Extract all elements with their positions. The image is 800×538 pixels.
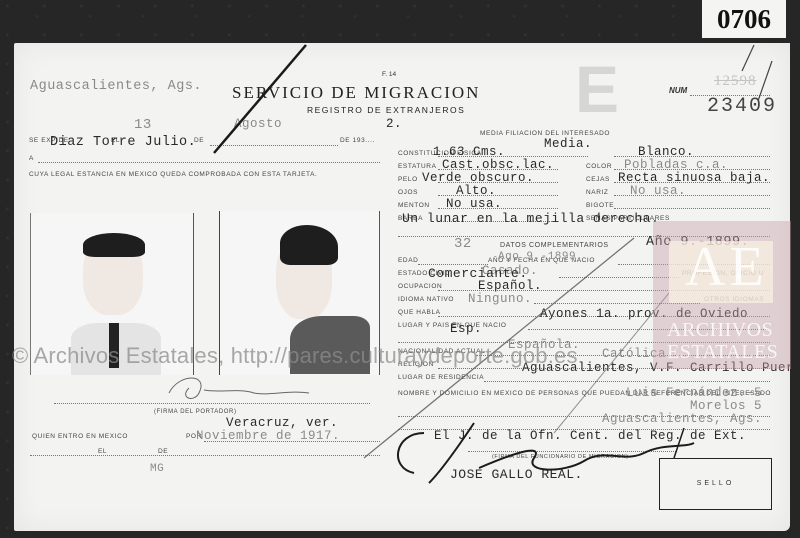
stamp-letter: E <box>575 51 619 127</box>
issue-day: 13 <box>134 117 152 133</box>
ano-fecha-value: Ago 9.-1899. <box>498 251 583 263</box>
dotted-line <box>54 403 370 404</box>
color-value: Blanco. <box>638 145 694 159</box>
sello-box: SELLO <box>659 458 772 510</box>
label-a: A <box>29 155 34 162</box>
archive-reference-number: 0706 <box>702 0 786 38</box>
nariz-value: Recta sinuosa baja. <box>618 171 770 185</box>
firma-funcionario-label: (FIRMA DEL FUNCIONARIO DE MIGRACION) <box>492 454 629 460</box>
label-nariz: NARIZ <box>586 189 609 196</box>
menton-value: Alto. <box>456 184 496 198</box>
archivos-estatales-logo: AE ARCHIVOS ESTATALES <box>653 221 791 369</box>
label-religion: RELIGION <box>398 361 434 368</box>
logo-initials: AE <box>685 235 768 299</box>
holder-name: Diaz Torre Julio. <box>50 135 196 150</box>
label-color: COLOR <box>586 163 612 170</box>
label-entry-de: DE <box>156 448 170 455</box>
label-edad: EDAD <box>398 257 418 264</box>
legal-text: CUYA LEGAL ESTANCIA EN MEXICO QUEDA COMP… <box>29 168 384 182</box>
label-de193: DE 193.... <box>340 137 375 144</box>
nacionalidad-value: Española. <box>508 338 580 352</box>
label-entry-el: EL <box>96 448 109 455</box>
label-residencia: LUGAR DE RESIDENCIA <box>398 374 484 381</box>
firma-portador-label: (FIRMA DEL PORTADOR) <box>154 409 237 415</box>
card-subtitle: REGISTRO DE EXTRANJEROS <box>307 105 465 115</box>
referencias-value: Luis Fernández.-5 Morelos 5 Aguascalient… <box>562 387 762 426</box>
logo-line-2: ESTATALES <box>667 341 778 364</box>
num-label: NUM <box>669 86 687 95</box>
form-number: F. 14 <box>382 71 396 78</box>
dotted-line <box>38 162 380 163</box>
dotted-line <box>418 264 488 265</box>
label-bigote: BIGOTE <box>586 202 614 209</box>
media-filiacion-heading: MEDIA FILIACION DEL INTERESADO <box>480 130 610 137</box>
label-menton: MENTON <box>398 202 430 209</box>
dotted-line <box>204 441 380 442</box>
estatura-value: 1.63 Cms. <box>433 145 505 159</box>
bigote-value: No usa. <box>630 184 686 198</box>
issue-month: Agosto <box>234 117 282 131</box>
place-typed: Aguascalientes, Ags. <box>30 79 202 94</box>
label-nacionalidad: NACIONALIDAD ACTUAL <box>398 348 485 355</box>
que-habla-value: Ninguno. <box>468 292 532 306</box>
label-pelo: PELO <box>398 176 418 183</box>
dotted-line <box>210 145 338 146</box>
label-quien-entro: QUIEN ENTRO EN MEXICO <box>32 433 128 440</box>
lugar-pais-continued: Esp. <box>450 322 482 336</box>
label-ojos: OJOS <box>398 189 418 196</box>
label-idioma-nativo: IDIOMA NATIVO <box>398 296 454 303</box>
constitucion-value: Media. <box>544 137 592 151</box>
dotted-line <box>614 208 770 209</box>
label-estatura: ESTATURA <box>398 163 437 170</box>
official-line: El J. de la Ofn. Cent. del Reg. de Ext. <box>434 429 746 443</box>
pelo-value: Cast.obsc.lac. <box>442 158 554 172</box>
official-name: JOSE GALLO REAL. <box>450 467 583 482</box>
age-typed: 32 <box>454 236 472 252</box>
barba-value: No usa. <box>446 197 502 211</box>
senas-value: Un lunar en la mejilla derecha. <box>402 211 659 226</box>
num-value: 23409 <box>707 95 777 118</box>
photo-front <box>30 213 194 375</box>
card-title: SERVICIO DE MIGRACION <box>232 83 480 103</box>
dotted-line <box>30 455 380 456</box>
datos-complementarios-heading: DATOS COMPLEMENTARIOS <box>500 242 609 249</box>
idioma-nativo-value: Español. <box>478 279 542 293</box>
entry-initials: MG <box>150 463 164 475</box>
label-cejas: CEJAS <box>586 176 610 183</box>
cejas-value: Pobladas c.a. <box>624 158 728 172</box>
photo-profile <box>219 211 380 375</box>
num-struck: 12598 <box>714 73 757 90</box>
dotted-line <box>468 451 676 452</box>
label-ocupacion: OCUPACION <box>398 283 442 290</box>
issue-year: 2. <box>386 117 402 131</box>
label-que-habla: QUE HABLA <box>398 309 441 316</box>
dotted-line <box>484 381 770 382</box>
ojos-value: Verde obscuro. <box>422 171 534 185</box>
entry-port: Veracruz, ver. <box>226 416 338 430</box>
logo-line-1: ARCHIVOS <box>667 319 773 342</box>
